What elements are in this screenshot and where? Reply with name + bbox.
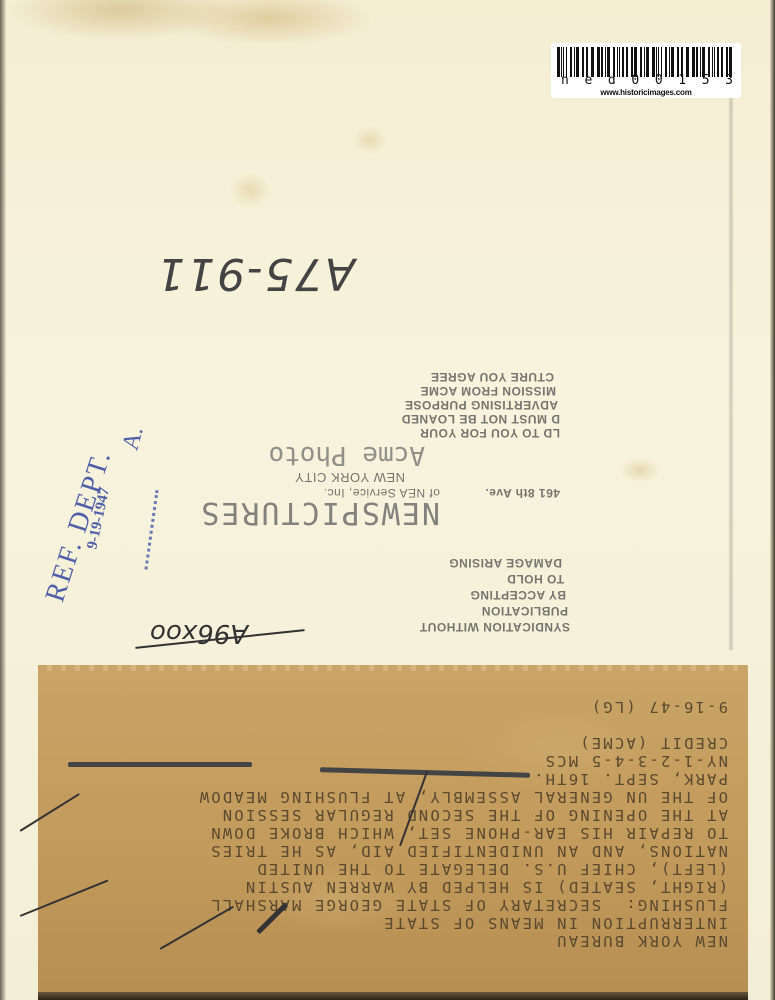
- stamp-credit: Acme Photo: [268, 440, 425, 470]
- barcode-id: ned00153: [561, 74, 733, 88]
- barcode-char: 0: [655, 74, 663, 88]
- stamp-brand: NEWSPICTURES: [199, 495, 440, 530]
- stamp-line: D MUST NOT BE LOANED: [401, 412, 560, 426]
- barcode-label: ned00153 www.historicimages.com: [551, 43, 741, 98]
- barcode-char: d: [608, 74, 616, 88]
- barcode-char: 0: [631, 74, 639, 88]
- slip-shadow: [38, 992, 748, 1000]
- stamp-city: NEW YORK CITY: [295, 470, 405, 485]
- stamp-line: TO HOLD: [507, 572, 564, 586]
- stamp-line: PUBLICATION: [481, 604, 568, 618]
- stamp-line: 461 8th Ave.: [485, 486, 560, 500]
- stamp-line: ADVERTISING PURPOSE: [404, 398, 558, 412]
- handwritten-catalog-number: A75-911: [155, 248, 355, 299]
- stamp-line: DAMAGE ARISING: [449, 556, 562, 570]
- stamp-line: LD TO YOU FOR YOUR: [420, 426, 560, 440]
- stamp-line: SYNDICATION WITHOUT: [419, 620, 570, 634]
- barcode-char: n: [561, 74, 569, 88]
- stamp-division: of NEA Service, Inc.: [323, 486, 440, 500]
- caption-slip: NEW YORK BUREAU INTERRUPTION IN MEANS OF…: [38, 668, 748, 1000]
- pen-strike-mark: [68, 762, 252, 767]
- barcode-url: www.historicimages.com: [551, 88, 741, 97]
- caption-text: NEW YORK BUREAU INTERRUPTION IN MEANS OF…: [68, 698, 728, 950]
- paper-crease: [728, 90, 734, 650]
- stamp-letter: A.: [118, 424, 150, 454]
- stamp-department: REF. DEPT.: [39, 446, 118, 606]
- stamp-dashes: [144, 490, 161, 570]
- acme-newspictures-stamp: SYNDICATION WITHOUT PUBLICATION BY ACCEP…: [200, 370, 590, 640]
- barcode-char: 5: [702, 74, 710, 88]
- barcode-char: 3: [725, 74, 733, 88]
- stamp-line: MISSION FROM ACME: [420, 384, 556, 398]
- ref-dept-stamp: REF. DEPT. 9-19-1947 A.: [20, 420, 180, 620]
- paper-edge-left: [0, 0, 6, 1000]
- stamp-line: BY ACCEPTING: [470, 588, 566, 602]
- paper-edge-right: [770, 0, 775, 1000]
- barcode-char: e: [584, 74, 592, 88]
- barcode-char: 1: [678, 74, 686, 88]
- stamp-line: CTURE YOU AGREE: [430, 370, 554, 384]
